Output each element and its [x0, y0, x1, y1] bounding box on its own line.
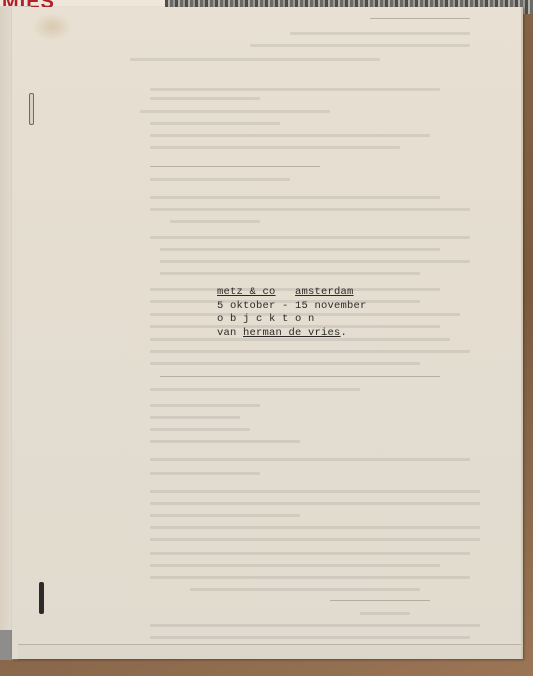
- show-through-line: [150, 362, 420, 365]
- paper-stain: [32, 13, 72, 41]
- show-through-rule: [370, 18, 470, 19]
- show-through-line: [150, 404, 260, 407]
- show-through-rule: [330, 600, 430, 601]
- show-through-line: [150, 624, 480, 627]
- show-through-line: [150, 97, 260, 100]
- show-through-line: [130, 58, 380, 61]
- show-through-line: [150, 458, 470, 461]
- typewritten-page: metz & co amsterdam 5 oktober - 15 novem…: [12, 7, 523, 659]
- show-through-line: [150, 490, 480, 493]
- show-through-rule: [150, 166, 320, 167]
- show-through-line: [250, 44, 470, 47]
- show-through-line: [140, 110, 330, 113]
- show-through-line: [150, 428, 250, 431]
- show-through-line: [150, 134, 430, 137]
- show-through-line: [150, 538, 480, 541]
- show-through-line: [150, 88, 440, 91]
- staple-bottom: [39, 582, 44, 614]
- typed-line-artist: van herman de vries.: [217, 327, 367, 341]
- show-through-line: [150, 178, 290, 181]
- show-through-line: [150, 416, 240, 419]
- show-through-line: [150, 122, 280, 125]
- show-through-line: [190, 588, 420, 591]
- show-through-line: [160, 272, 420, 275]
- show-through-line: [160, 248, 440, 251]
- typed-announcement: metz & co amsterdam 5 oktober - 15 novem…: [217, 286, 367, 340]
- show-through-line: [150, 472, 260, 475]
- show-through-line: [150, 526, 480, 529]
- show-through-rule: [160, 376, 440, 377]
- show-through-line: [150, 648, 400, 651]
- show-through-line: [150, 350, 470, 353]
- typed-line-venue: metz & co amsterdam: [217, 286, 367, 300]
- show-through-line: [290, 32, 470, 35]
- show-through-line: [160, 260, 470, 263]
- show-through-line: [150, 196, 440, 199]
- show-through-line: [150, 552, 470, 555]
- typed-line-dates: 5 oktober - 15 november: [217, 300, 367, 314]
- show-through-line: [360, 612, 410, 615]
- show-through-line: [170, 220, 260, 223]
- show-through-line: [150, 636, 470, 639]
- show-through-line: [150, 208, 470, 211]
- staple-top: [29, 93, 34, 125]
- show-through-line: [150, 388, 360, 391]
- show-through-line: [150, 236, 470, 239]
- show-through-line: [150, 576, 470, 579]
- show-through-line: [150, 514, 300, 517]
- show-through-line: [150, 564, 440, 567]
- typed-line-title: o b j c k t o n: [217, 313, 367, 327]
- show-through-line: [150, 502, 480, 505]
- show-through-line: [150, 440, 300, 443]
- show-through-line: [150, 146, 400, 149]
